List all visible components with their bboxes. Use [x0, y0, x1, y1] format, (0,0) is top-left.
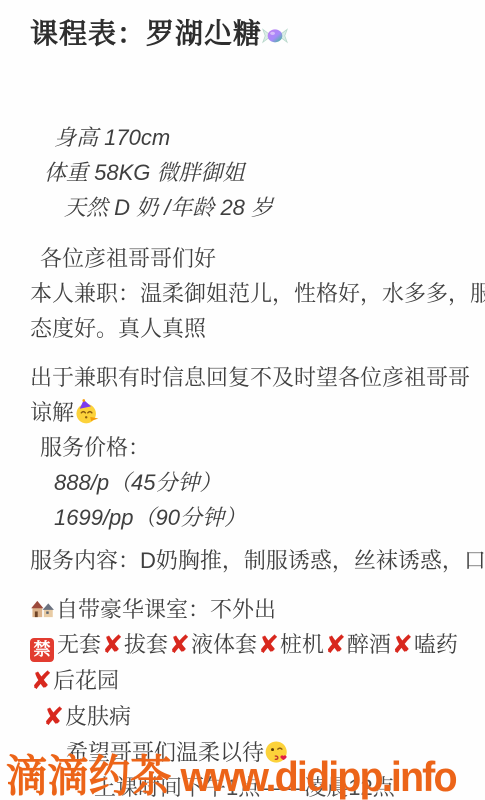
cross-mark-icon: ✘	[169, 631, 190, 659]
notice-section: 出于兼职有时信息回复不及时望各位彦祖哥哥 谅解	[30, 360, 471, 430]
page-title-text: 课程表：罗湖尐糖	[30, 18, 262, 49]
forbidden-item: 醉酒	[347, 632, 391, 657]
post-content: 课程表：罗湖尐糖 身高 170cm 体重 58KG 微胖御姐 天然 D 奶 /年…	[0, 0, 485, 800]
prohibited-icon: 禁	[30, 638, 54, 662]
stat-cup-age: 天然 D 奶 /年龄 28 岁	[30, 190, 471, 225]
price-item-2: 1699/pp（90分钟）	[30, 500, 471, 535]
services-section: 服务内容：D奶胸推，制服诱惑，丝袜诱惑，口爆	[30, 543, 471, 578]
forbidden-item: 嗑药	[414, 632, 458, 657]
forbidden-line-1: 禁无套✘拔套✘液体套✘桩机✘醉酒✘嗑药	[30, 627, 471, 663]
intro-line-1: 本人兼职：温柔御姐范儿，性格好，水多多，服务	[30, 276, 471, 311]
notice-line-2: 谅解	[30, 395, 471, 430]
forbidden-item: 无套	[57, 632, 101, 657]
partying-face-icon	[74, 399, 100, 425]
cross-mark-icon: ✘	[43, 703, 64, 731]
page-title: 课程表：罗湖尐糖	[30, 14, 471, 54]
forbidden-line-2: ✘后花园	[30, 663, 471, 699]
houses-icon	[30, 596, 56, 622]
stat-weight: 体重 58KG 微胖御姐	[30, 155, 471, 190]
stat-height: 身高 170cm	[30, 120, 471, 155]
forbidden-item: 皮肤病	[65, 704, 131, 729]
price-item-1: 888/p（45分钟）	[30, 465, 471, 500]
notice-line-2-text: 谅解	[30, 400, 74, 425]
stats-section: 身高 170cm 体重 58KG 微胖御姐 天然 D 奶 /年龄 28 岁	[30, 120, 471, 225]
greeting-line: 各位彦祖哥哥们好	[30, 241, 471, 276]
watermark-url-text: www.didipp.info	[171, 753, 455, 800]
greeting-section: 各位彦祖哥哥们好 本人兼职：温柔御姐范儿，性格好，水多多，服务 态度好。真人真照	[30, 241, 471, 346]
watermark: 滴滴约茶 www.didipp.info	[6, 740, 456, 800]
forbidden-line-3: ✘皮肤病	[30, 699, 471, 735]
cross-mark-icon: ✘	[31, 667, 52, 695]
watermark-url: www.didipp.info	[181, 753, 456, 800]
services-line: 服务内容：D奶胸推，制服诱惑，丝袜诱惑，口爆	[30, 543, 471, 578]
intro-line-2: 态度好。真人真照	[30, 311, 471, 346]
post-page: 课程表：罗湖尐糖 身高 170cm 体重 58KG 微胖御姐 天然 D 奶 /年…	[0, 0, 485, 800]
cross-mark-icon: ✘	[258, 631, 279, 659]
forbidden-item: 后花园	[53, 668, 119, 693]
forbidden-item: 拔套	[124, 632, 168, 657]
forbidden-item: 桩机	[280, 632, 324, 657]
cross-mark-icon: ✘	[325, 631, 346, 659]
room-line: 自带豪华课室：不外出	[30, 592, 471, 627]
notice-line-1: 出于兼职有时信息回复不及时望各位彦祖哥哥	[30, 360, 471, 395]
candy-icon	[262, 22, 288, 48]
pricing-label: 服务价格：	[30, 430, 471, 465]
forbidden-item: 液体套	[191, 632, 257, 657]
watermark-cn-text: 滴滴约茶	[6, 752, 171, 800]
cross-mark-icon: ✘	[392, 631, 413, 659]
pricing-section: 服务价格： 888/p（45分钟） 1699/pp（90分钟）	[30, 430, 471, 535]
room-line-text: 自带豪华课室：不外出	[56, 597, 276, 622]
cross-mark-icon: ✘	[102, 631, 123, 659]
